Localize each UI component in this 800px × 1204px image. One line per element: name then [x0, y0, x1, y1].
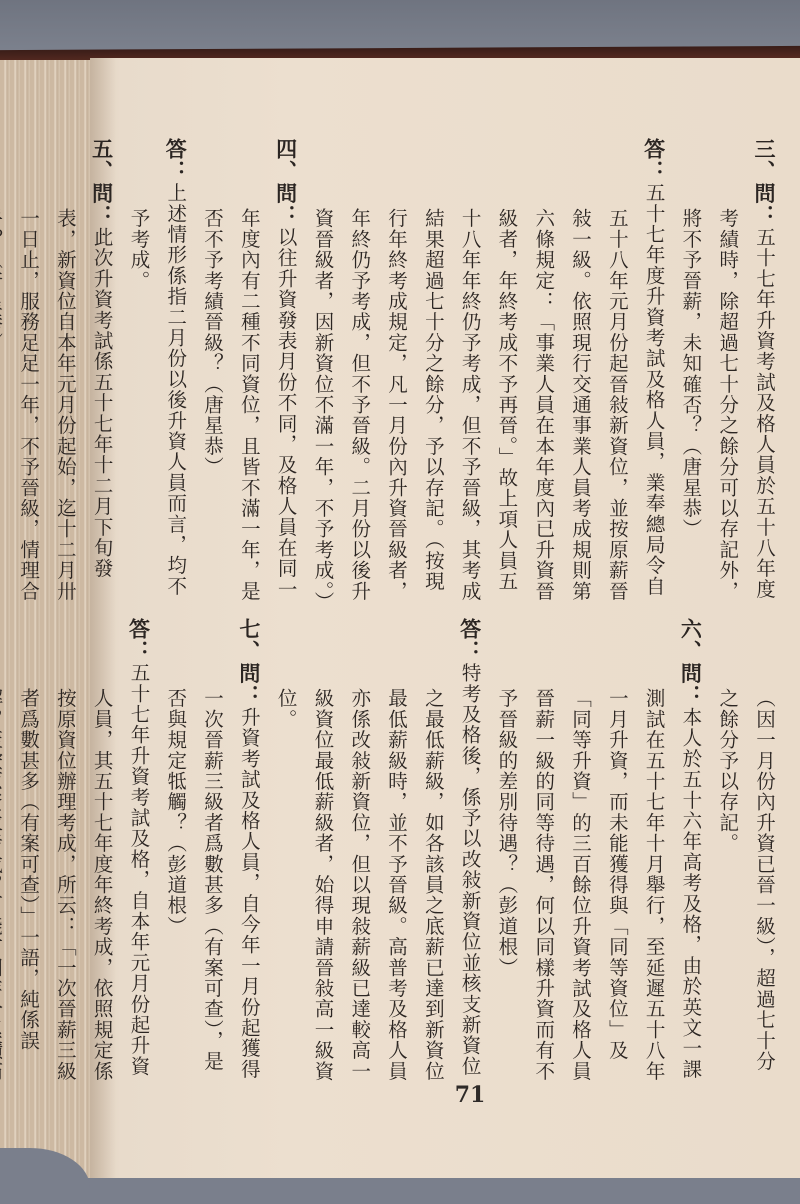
question-3-text: 五十七年升資考試及格人員於五十八年度考績時，除超過七十分之餘分可以存記外，將不予…	[679, 208, 776, 601]
answer-4-text: 上述情形係指二月份以後升資人員而言，均不予考成。	[127, 182, 187, 596]
answer-6: 答：特考及格後，係予以改敍新資位並核支新資位之最低薪級，如各該員之底薪已達到新資…	[267, 618, 488, 1088]
question-3: 三、問：五十七年升資考試及格人員於五十八年度考績時，除超過七十分之餘分可以存記外…	[672, 138, 782, 608]
answer-7-text: 五十七年升資考試及格，自本年元月份起升資人員，其五十七年度年終考成，依照規定係按…	[0, 662, 150, 1081]
question-4-text: 以往升資發表月份不同，及格人員在同一年度內有二種不同資位，且皆不滿一年，是否不予…	[201, 208, 298, 601]
answer-5-continuation: （因一月份內升資已晉一級），超過七十分之餘分予以存記。	[708, 618, 782, 1088]
backdrop	[0, 0, 800, 52]
answer-3-label: 答：	[642, 138, 666, 182]
question-4: 四、問：以往升資發表月份不同，及格人員在同一年度內有二種不同資位，且皆不滿一年，…	[193, 138, 303, 608]
answer-7-label: 答：	[126, 618, 150, 662]
question-6: 六、問：本人於五十六年高考及格，由於英文一課測試在五十七年十月舉行，至延遲五十八…	[488, 618, 709, 1088]
question-4-label: 四、問：	[274, 138, 298, 227]
answer-6-text: 特考及格後，係予以改敍新資位並核支新資位之最低薪級，如各該員之底薪已達到新資位最…	[275, 662, 482, 1081]
question-3-label: 三、問：	[752, 138, 776, 227]
answer-6-label: 答：	[458, 618, 482, 662]
question-7: 七、問：升資考試及格人員，自今年一月份起獲得一次晉薪三級者爲數甚多（有案可查），…	[156, 618, 266, 1088]
question-5-text: 此次升資考試係五十七年十二月下旬發表，新資位自本年元月份起始，迄十二月卅一日止，…	[0, 208, 114, 601]
question-6-text: 本人於五十六年高考及格，由於英文一課測試在五十七年十月舉行，至延遲五十八年一月升…	[495, 688, 702, 1081]
answer-7: 答：五十七年升資考試及格，自本年元月份起升資人員，其五十七年度年終考成，依照規定…	[0, 618, 156, 1088]
bottom-section: （因一月份內升資已晉一級），超過七十分之餘分予以存記。 六、問：本人於五十六年高…	[0, 618, 782, 1088]
question-5-label: 五、問：	[90, 138, 114, 227]
question-6-label: 六、問：	[678, 618, 702, 707]
question-5: 五、問：此次升資考試係五十七年十二月下旬發表，新資位自本年元月份起始，迄十二月卅…	[0, 138, 120, 608]
answer-3-text: 五十七年度升資考試及格人員，業奉總局令自五十八年元月份起晉敍新資位，並按原薪晉敍…	[311, 182, 665, 612]
answer-4-label: 答：	[163, 138, 187, 182]
question-7-label: 七、問：	[237, 618, 261, 707]
book-page: 三、問：五十七年升資考試及格人員於五十八年度考績時，除超過七十分之餘分可以存記外…	[90, 58, 800, 1178]
answer-3: 答：五十七年度升資考試及格人員，業奉總局令自五十八年元月份起晉敍新資位，並按原薪…	[304, 138, 672, 608]
page-number: 71	[440, 1082, 500, 1108]
question-7-text: 升資考試及格人員，自今年一月份起獲得一次晉薪三級者爲數甚多（有案可查），是否與規…	[164, 688, 261, 1079]
answer-4: 答：上述情形係指二月份以後升資人員而言，均不予考成。	[120, 138, 194, 608]
top-section: 三、問：五十七年升資考試及格人員於五十八年度考績時，除超過七十分之餘分可以存記外…	[0, 138, 782, 608]
